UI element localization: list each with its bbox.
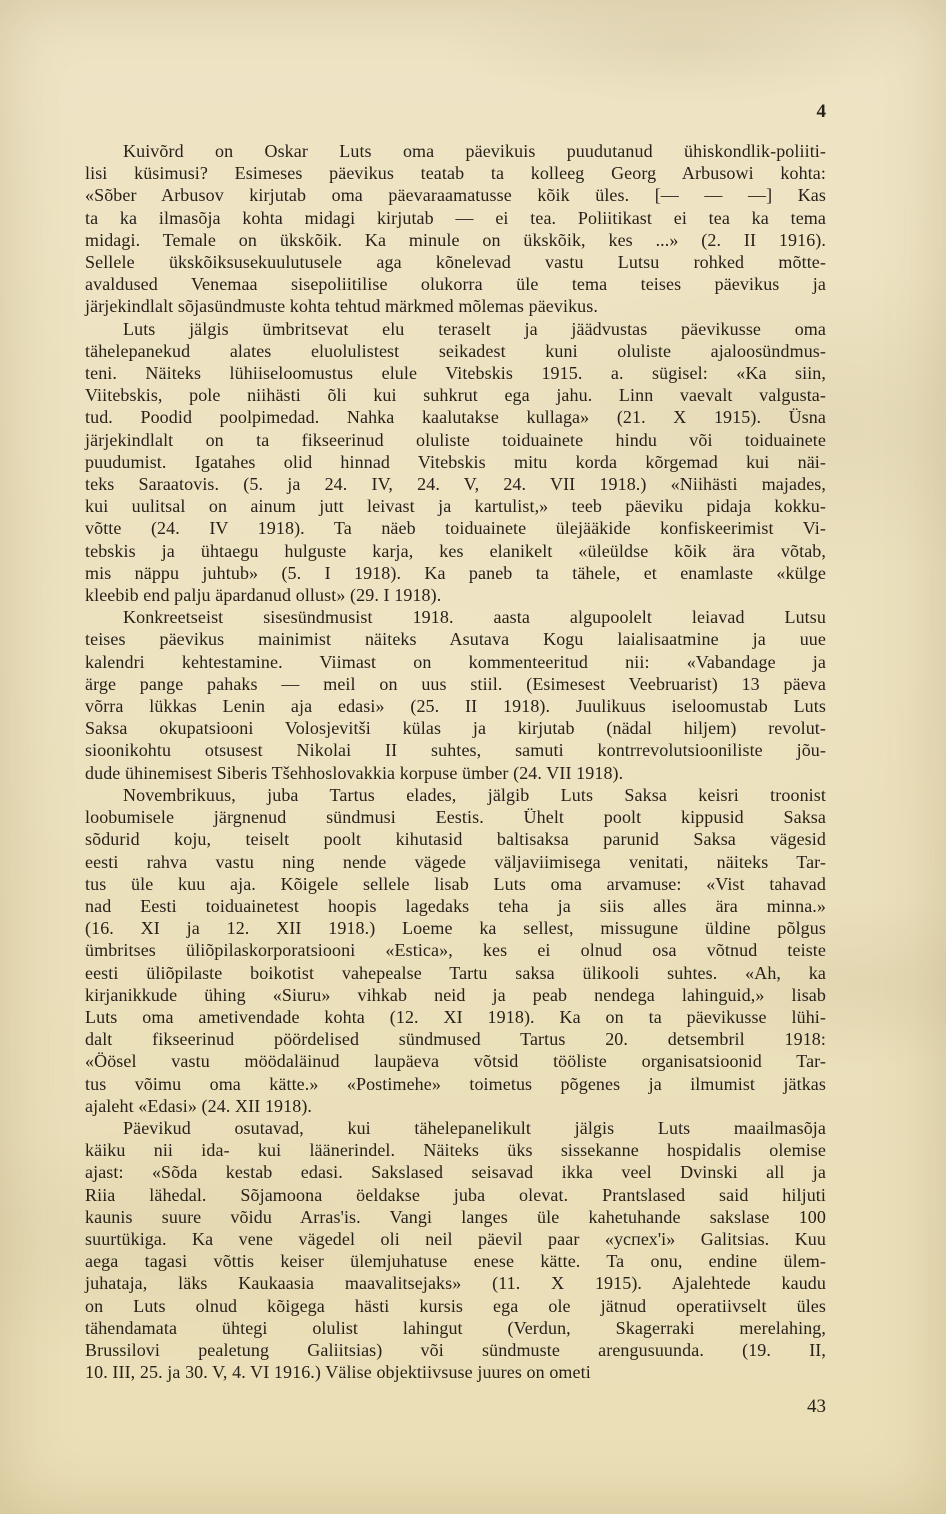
book-page-scan: 4 Kuivõrd on Oskar Luts oma päevikuis pu…: [0, 0, 946, 1514]
text-line: tus üle kuu aja. Kõigele sellele lisab L…: [85, 873, 826, 895]
text-line: Kuivõrd on Oskar Luts oma päevikuis puud…: [85, 140, 826, 162]
text-line: nad Eesti toiduainetest hoopis lagedaks …: [85, 895, 826, 917]
text-line: teni. Näiteks lühiiseloomustus elule Vit…: [85, 362, 826, 384]
text-line: ärge pange pahaks — meil on uus stiil. (…: [85, 673, 826, 695]
text-line: järjekindlalt sõjasündmuste kohta tehtud…: [85, 295, 826, 317]
paragraph: Novembrikuus, juba Tartus elades, jälgib…: [85, 784, 826, 1117]
paragraph: Konkreetseist sisesündmusist 1918. aasta…: [85, 606, 826, 784]
text-line: kaunis suure võidu Arras'is. Vangi lange…: [85, 1206, 826, 1228]
text-line: käiku nii ida- kui läänerindel. Näiteks …: [85, 1139, 826, 1161]
text-line: Viitebskis, pole niihästi õli kui suhkru…: [85, 384, 826, 406]
text-line: järjekindlalt on ta fikseerinud oluliste…: [85, 429, 826, 451]
text-line: Riia lähedal. Sõjamoona öeldakse juba ol…: [85, 1184, 826, 1206]
text-line: lisi küsimusi? Esimeses päevikus teatab …: [85, 162, 826, 184]
text-line: Brussilovi pealetung Galiitsias) või sün…: [85, 1339, 826, 1361]
text-line: tähelepanekud alates eluolulistest seika…: [85, 340, 826, 362]
text-line: Luts jälgis ümbritsevat elu teraselt ja …: [85, 318, 826, 340]
text-line: puudumist. Igatahes olid hinnad Vitebski…: [85, 451, 826, 473]
page-number-top: 4: [85, 101, 826, 123]
text-line: avaldused Venemaa sisepoliitilise olukor…: [85, 273, 826, 295]
text-line: Päevikud osutavad, kui tähelepanelikult …: [85, 1117, 826, 1139]
text-line: võtte (24. IV 1918). Ta näeb toiduainete…: [85, 517, 826, 539]
text-line: sioonikohtu otsusest Nikolai II suhtes, …: [85, 739, 826, 761]
text-line: loobumisele järgnenud sündmusi Eestis. Ü…: [85, 806, 826, 828]
text-line: midagi. Temale on ükskõik. Ka minule on …: [85, 229, 826, 251]
text-line: Konkreetseist sisesündmusist 1918. aasta…: [85, 606, 826, 628]
text-line: aega tagasi võttis keiser ülemjuhatuse e…: [85, 1250, 826, 1272]
text-line: suurtükiga. Ka vene vägedel oli neil päe…: [85, 1228, 826, 1250]
text-line: teks Saraatovis. (5. ja 24. IV, 24. V, 2…: [85, 473, 826, 495]
text-line: eesti rahva vastu ning nende vägede välj…: [85, 851, 826, 873]
text-line: mis näppu juhtub» (5. I 1918). Ka paneb …: [85, 562, 826, 584]
paragraph: Päevikud osutavad, kui tähelepanelikult …: [85, 1117, 826, 1383]
text-line: juhataja, läks Kaukaasia maavalitsejaks»…: [85, 1272, 826, 1294]
paragraph: Luts jälgis ümbritsevat elu teraselt ja …: [85, 318, 826, 607]
text-line: dude ühinemisest Siberis Tšehhoslovakkia…: [85, 762, 826, 784]
text-line: võrra lükkas Lenin aja edasi» (25. II 19…: [85, 695, 826, 717]
text-line: ajaleht «Edasi» (24. XII 1918).: [85, 1095, 826, 1117]
text-line: 10. III, 25. ja 30. V, 4. VI 1916.) Väli…: [85, 1361, 826, 1383]
text-line: kleebib end palju äpardanud ollust» (29.…: [85, 584, 826, 606]
text-line: dalt fikseerinud pöördelised sündmused T…: [85, 1028, 826, 1050]
page-number-bottom: 43: [85, 1396, 826, 1418]
text-line: Luts oma ametivendade kohta (12. XI 1918…: [85, 1006, 826, 1028]
text-line: tud. Poodid poolpimedad. Nahka kaalutaks…: [85, 406, 826, 428]
text-line: teises päevikus mainimist näiteks Asutav…: [85, 628, 826, 650]
text-line: Novembrikuus, juba Tartus elades, jälgib…: [85, 784, 826, 806]
text-line: Saksa okupatsiooni Volosjevitši külas ja…: [85, 717, 826, 739]
text-line: tebskis ja ühtaegu hulguste karja, kes e…: [85, 540, 826, 562]
text-line: kirjanikkude ühing «Siuru» vihkab neid j…: [85, 984, 826, 1006]
text-line: kalendri kehtestamine. Viimast on kommen…: [85, 651, 826, 673]
text-line: «Sõber Arbusov kirjutab oma päevaraamatu…: [85, 184, 826, 206]
paragraph: Kuivõrd on Oskar Luts oma päevikuis puud…: [85, 140, 826, 318]
text-line: eesti üliõpilaste boikotist vahepealse T…: [85, 962, 826, 984]
text-line: tähendamata ühtegi olulist lahingut (Ver…: [85, 1317, 826, 1339]
text-line: (16. XI ja 12. XII 1918.) Loeme ka selle…: [85, 917, 826, 939]
text-line: ajast: «Sõda kestab edasi. Sakslased sei…: [85, 1161, 826, 1183]
text-line: tus võimu oma kätte.» «Postimehe» toimet…: [85, 1073, 826, 1095]
page-body: Kuivõrd on Oskar Luts oma päevikuis puud…: [85, 140, 826, 1383]
text-line: sõdurid koju, teiselt poolt kihutasid ba…: [85, 828, 826, 850]
text-line: on Luts olnud kõigega hästi kursis ega o…: [85, 1295, 826, 1317]
text-line: Sellele ükskõiksusekuulutusele aga kõnel…: [85, 251, 826, 273]
text-line: kui uulitsal on ainum jutt leivast ja ka…: [85, 495, 826, 517]
text-line: ümbritses üliõpilaskorporatsiooni «Estic…: [85, 939, 826, 961]
text-line: ta ka ilmasõja kohta midagi kirjutab — e…: [85, 207, 826, 229]
text-line: «Öösel vastu möödaläinud laupäeva võtsid…: [85, 1050, 826, 1072]
